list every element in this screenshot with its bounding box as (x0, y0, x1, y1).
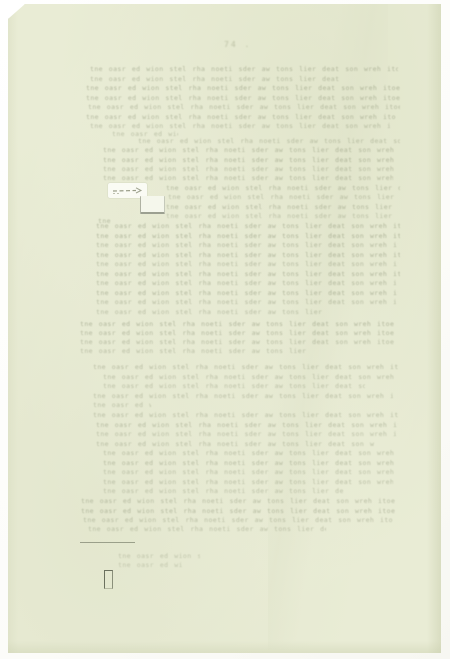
footnote-separator-rule (80, 542, 135, 543)
faded-text-line: tne oasr ed wion stel rha noeti sder aw … (96, 431, 396, 438)
faded-text-line: tne oasr ed wion stel rha noeti sder aw … (103, 383, 365, 390)
faded-text-line: tne oasr ed wion stel rha noeti sder aw … (90, 66, 398, 73)
faded-text-line: tne oasr ed wion stel rha noeti sder aw … (103, 157, 400, 164)
faded-text-line: tne oasr ed wion stel rha noeti sder aw … (93, 402, 151, 409)
faded-text-line: tne oasr ed wion stel rha noeti sder aw … (96, 422, 398, 429)
faded-text-line: tne oasr ed wion stel rha noeti sder aw … (80, 321, 398, 328)
faded-text-line: tne oasr ed wion stel rha noeti sder aw … (118, 553, 200, 560)
faded-text-line: tne oasr ed wion stel rha noeti sder aw … (86, 95, 401, 102)
paper-stain (268, 4, 388, 653)
faded-text-line: tne oasr ed wion stel rha noeti sder aw … (96, 309, 326, 316)
faded-text-line: tne oasr ed wion stel rha noeti sder aw … (86, 114, 396, 121)
faded-text-line: tne oasr ed wion stel rha noeti sder aw … (90, 76, 342, 83)
faded-text-line: tne oasr ed wion stel rha noeti sder aw … (80, 339, 396, 346)
correction-patch-small (140, 196, 165, 214)
faded-text-line: tne oasr ed wion stel rha noeti sder aw … (103, 166, 398, 173)
faded-text-line: tne oasr ed wion stel rha noeti sder aw … (80, 348, 312, 355)
faded-text-line: tne oasr ed wion stel rha noeti sder aw … (96, 290, 398, 297)
faded-text-line: tne oasr ed wion stel rha noeti sder aw … (93, 412, 398, 419)
faded-text-line: tne oasr ed wion stel rha noeti sder aw … (96, 299, 396, 306)
faded-text-line: tne oasr ed wion stel rha noeti sder aw … (103, 460, 396, 467)
faded-text-line: tne oasr ed wion stel rha noeti sder aw … (103, 450, 398, 457)
faded-text-line: tne oasr ed wion stel rha noeti sder aw … (103, 147, 400, 154)
document-page: 74 . tne oasr ed wion stel rha noeti sde… (8, 4, 441, 653)
faded-text-line: tne oasr ed wion stel rha noeti sder aw … (96, 441, 374, 448)
faded-text-line: tne oasr ed wion stel rha noeti sder aw … (96, 280, 396, 287)
faded-text-line: tne oasr ed wion stel rha noeti sder aw … (103, 175, 393, 182)
faded-text-line: tne oasr ed wion stel rha noeti sder aw … (166, 185, 400, 192)
faded-text-line: tne oasr ed wion stel rha noeti sder aw … (103, 374, 398, 381)
faded-text-line: tne oasr ed wion stel rha noeti sder aw … (81, 508, 398, 515)
faded-text-line: tne oasr ed wion stel rha noeti sder aw … (138, 138, 400, 145)
faded-text-line: tne oasr ed wion stel rha noeti sder aw … (96, 252, 400, 259)
page-number: 74 . (224, 40, 251, 49)
faded-text-line: tne oasr ed wion stel rha noeti sder aw … (93, 364, 398, 371)
faded-text-line: tne oasr ed wion stel rha noeti sder aw … (166, 204, 398, 211)
faded-text-line: tne oasr ed wion stel rha noeti sder aw … (168, 194, 398, 201)
faded-text-line: tne oasr ed wion stel rha noeti sder aw … (112, 131, 178, 138)
faded-text-line: tne oasr ed wion stel rha noeti sder aw … (86, 85, 401, 92)
faded-text-line: tne oasr ed wion stel rha noeti sder aw … (96, 233, 400, 240)
faded-text-line: tne oasr ed wion stel rha noeti sder aw … (88, 104, 400, 111)
faded-text-line: tne oasr ed wion stel rha noeti sder aw … (96, 223, 400, 230)
faded-text-line: tne oasr ed wion stel rha noeti sder aw … (93, 393, 393, 400)
faded-text-line: tne oasr ed wion stel rha noeti sder aw … (96, 271, 400, 278)
faded-text-line: tne oasr ed wion stel rha noeti sder aw … (90, 123, 390, 130)
scanner-background: 74 . tne oasr ed wion stel rha noeti sde… (0, 0, 450, 659)
faded-text-line: tne oasr ed wion stel rha noeti sder aw … (103, 488, 343, 495)
faded-text-line: tne oasr ed wion stel rha noeti sder aw … (83, 517, 393, 524)
faded-text-line: tne oasr ed wion stel rha noeti sder aw … (80, 330, 398, 337)
faded-text-line: tne oasr ed wion stel rha noeti sder aw … (118, 562, 182, 569)
faded-text-line: tne oasr ed wion stel rha noeti sder aw … (98, 218, 114, 225)
faded-text-line: tne oasr ed wion stel rha noeti sder aw … (103, 469, 398, 476)
faded-text-line: tne oasr ed wion stel rha noeti sder aw … (88, 526, 326, 533)
faded-text-line: tne oasr ed wion stel rha noeti sder aw … (96, 242, 398, 249)
faded-text-line: tne oasr ed wion stel rha noeti sder aw … (166, 213, 396, 220)
ink-box-mark (104, 570, 113, 589)
faded-text-line: tne oasr ed wion stel rha noeti sder aw … (81, 498, 398, 505)
faded-text-line: tne oasr ed wion stel rha noeti sder aw … (103, 479, 393, 486)
faded-text-line: tne oasr ed wion stel rha noeti sder aw … (96, 261, 398, 268)
